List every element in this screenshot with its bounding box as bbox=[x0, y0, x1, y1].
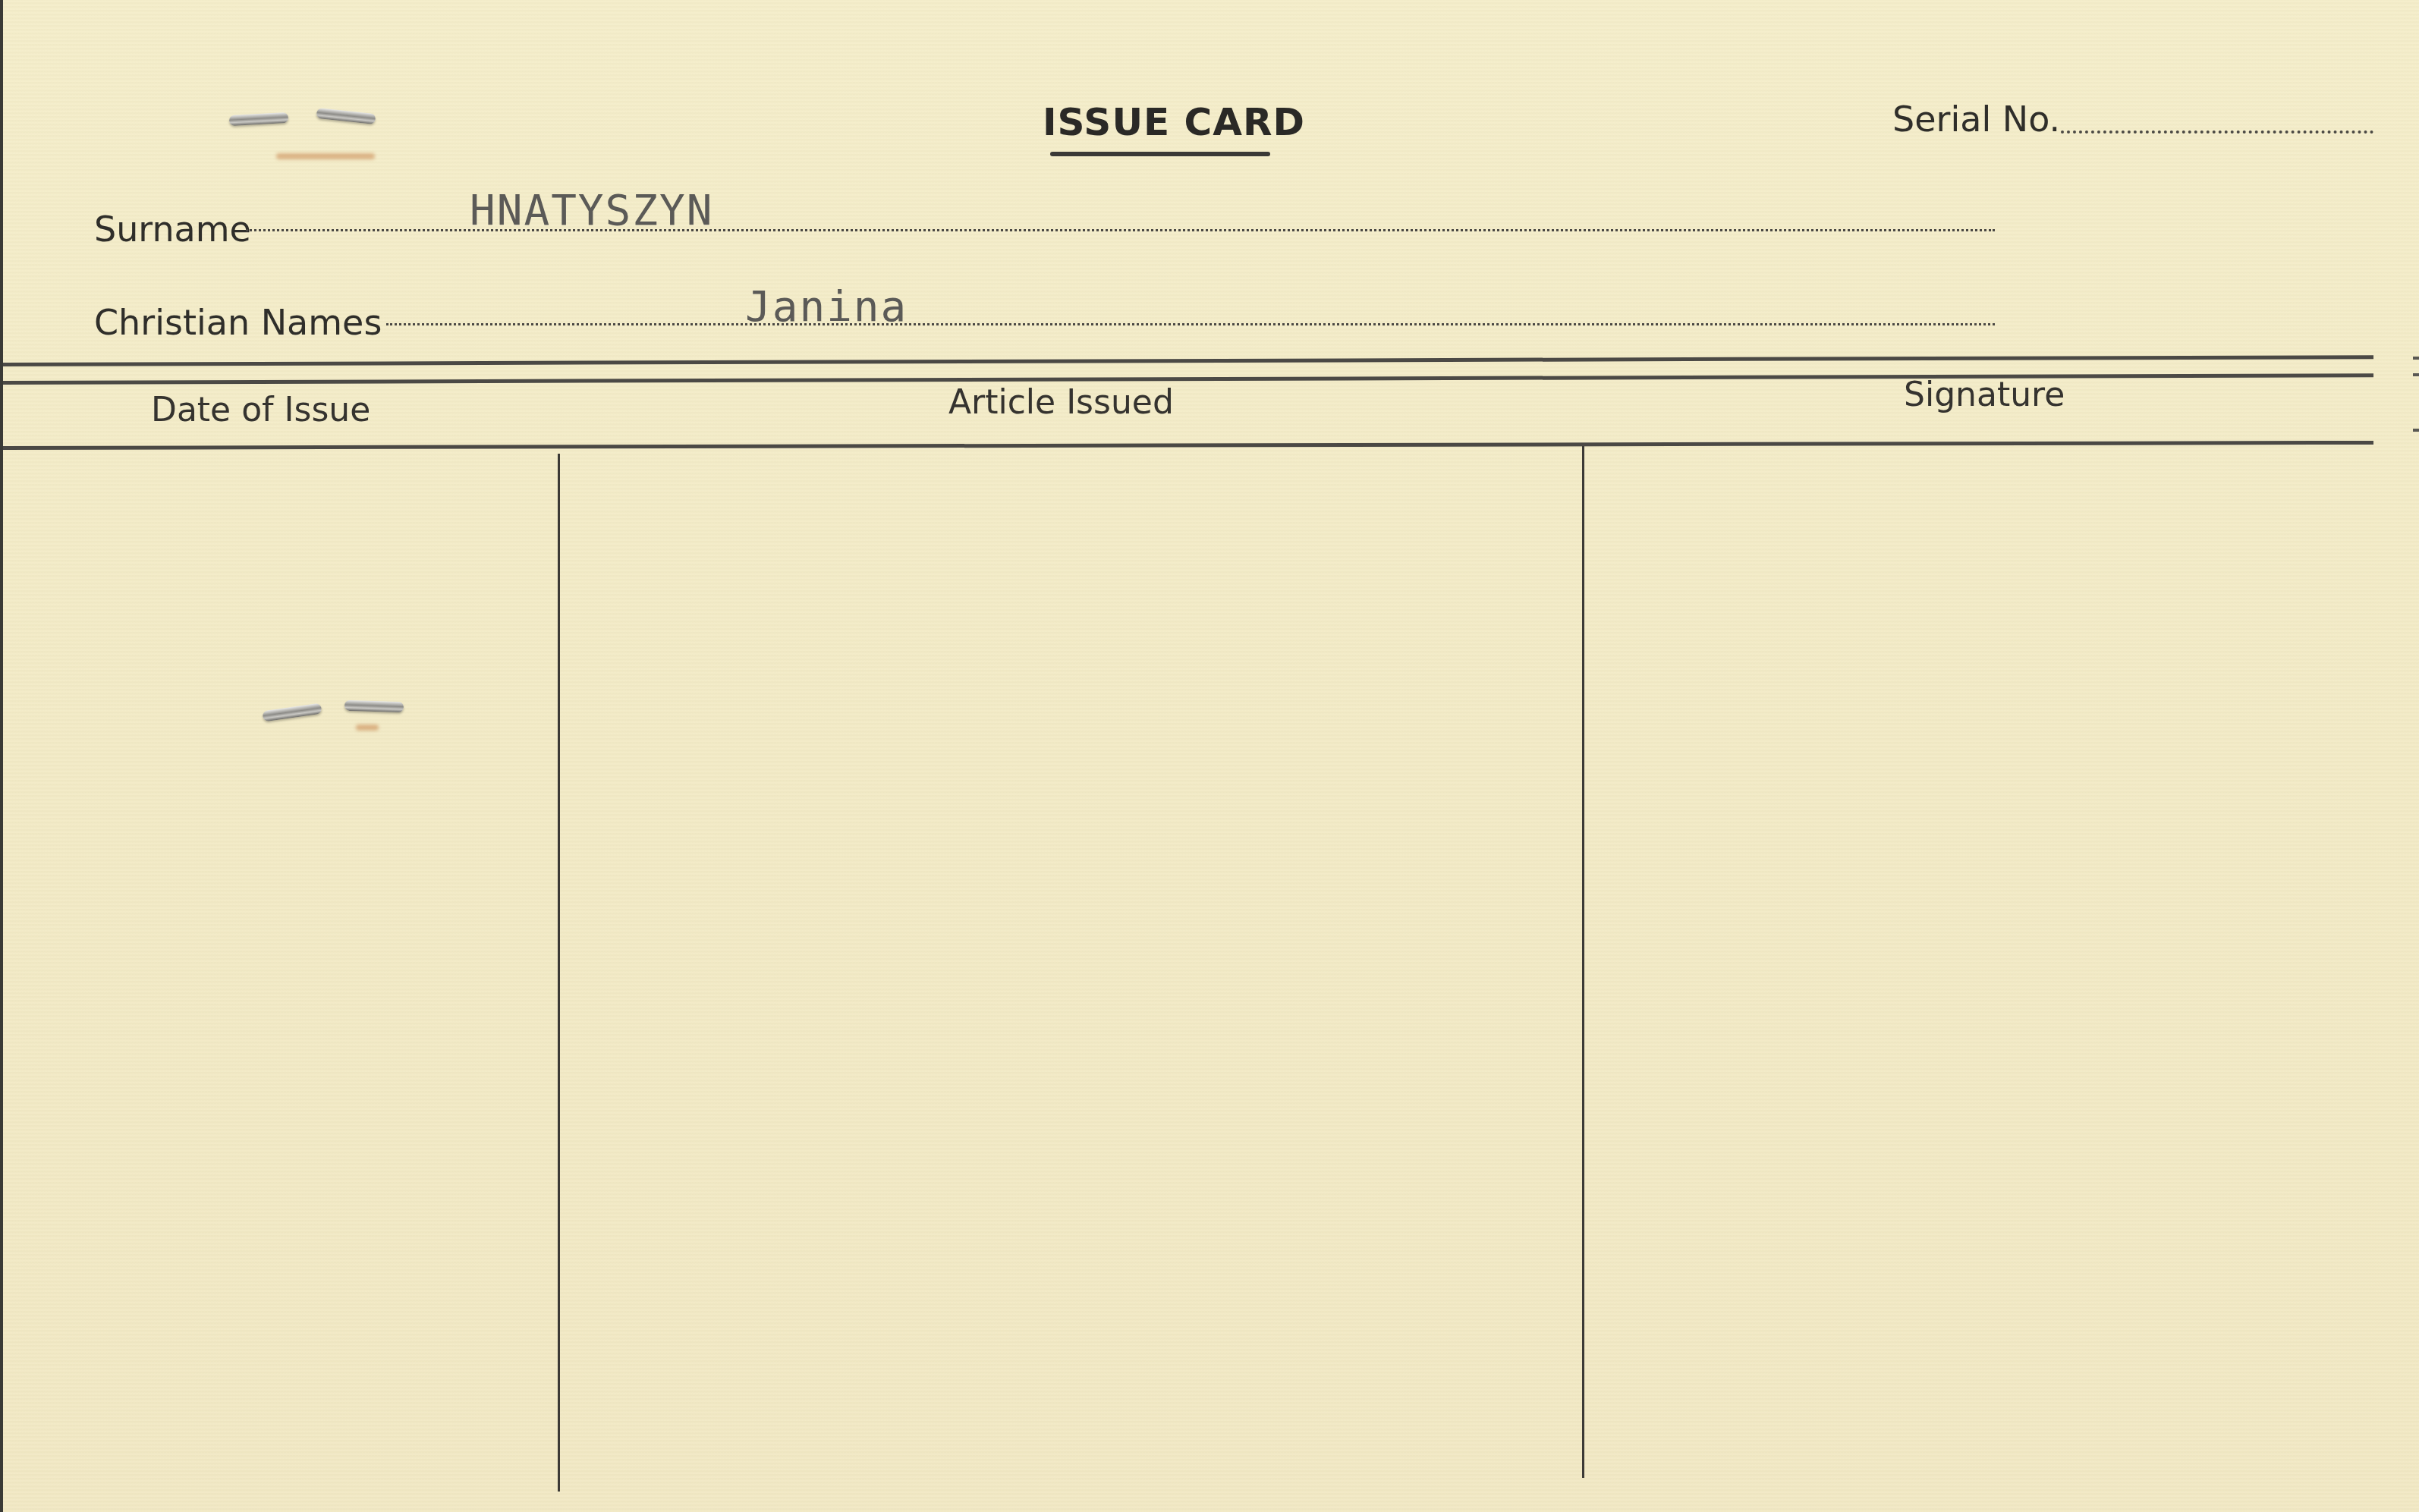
column-header-date-of-issue: Date of Issue bbox=[151, 391, 370, 429]
signature-column-cell[interactable] bbox=[1585, 451, 2374, 1483]
title-underline bbox=[1050, 152, 1270, 156]
article-issued-column-cell[interactable] bbox=[561, 455, 1581, 1487]
serial-no-field[interactable] bbox=[2061, 130, 2373, 134]
christian-names-value[interactable]: Janina bbox=[745, 282, 908, 332]
header-rule-top bbox=[3, 355, 2373, 366]
edge-mark bbox=[2413, 429, 2419, 432]
staple-icon bbox=[229, 112, 289, 126]
date-of-issue-column-cell[interactable] bbox=[3, 455, 557, 1487]
surname-label: Surname bbox=[94, 209, 251, 250]
christian-names-field-line bbox=[386, 323, 1995, 325]
christian-names-label: Christian Names bbox=[94, 302, 382, 343]
column-divider bbox=[558, 454, 560, 1492]
header-rule-bottom bbox=[3, 441, 2373, 450]
column-header-article-issued: Article Issued bbox=[948, 383, 1174, 422]
card-title: ISSUE CARD bbox=[1043, 100, 1305, 144]
column-divider bbox=[1582, 446, 1584, 1478]
issue-card: ISSUE CARD Serial No. Surname HNATYSZYN … bbox=[0, 0, 2419, 1512]
rust-stain bbox=[276, 153, 375, 159]
edge-mark bbox=[2413, 373, 2419, 376]
surname-value[interactable]: HNATYSZYN bbox=[470, 186, 713, 235]
staple-icon bbox=[316, 108, 376, 124]
column-header-signature: Signature bbox=[1904, 376, 2065, 414]
serial-no-label: Serial No. bbox=[1892, 99, 2060, 140]
edge-mark bbox=[2413, 357, 2419, 360]
